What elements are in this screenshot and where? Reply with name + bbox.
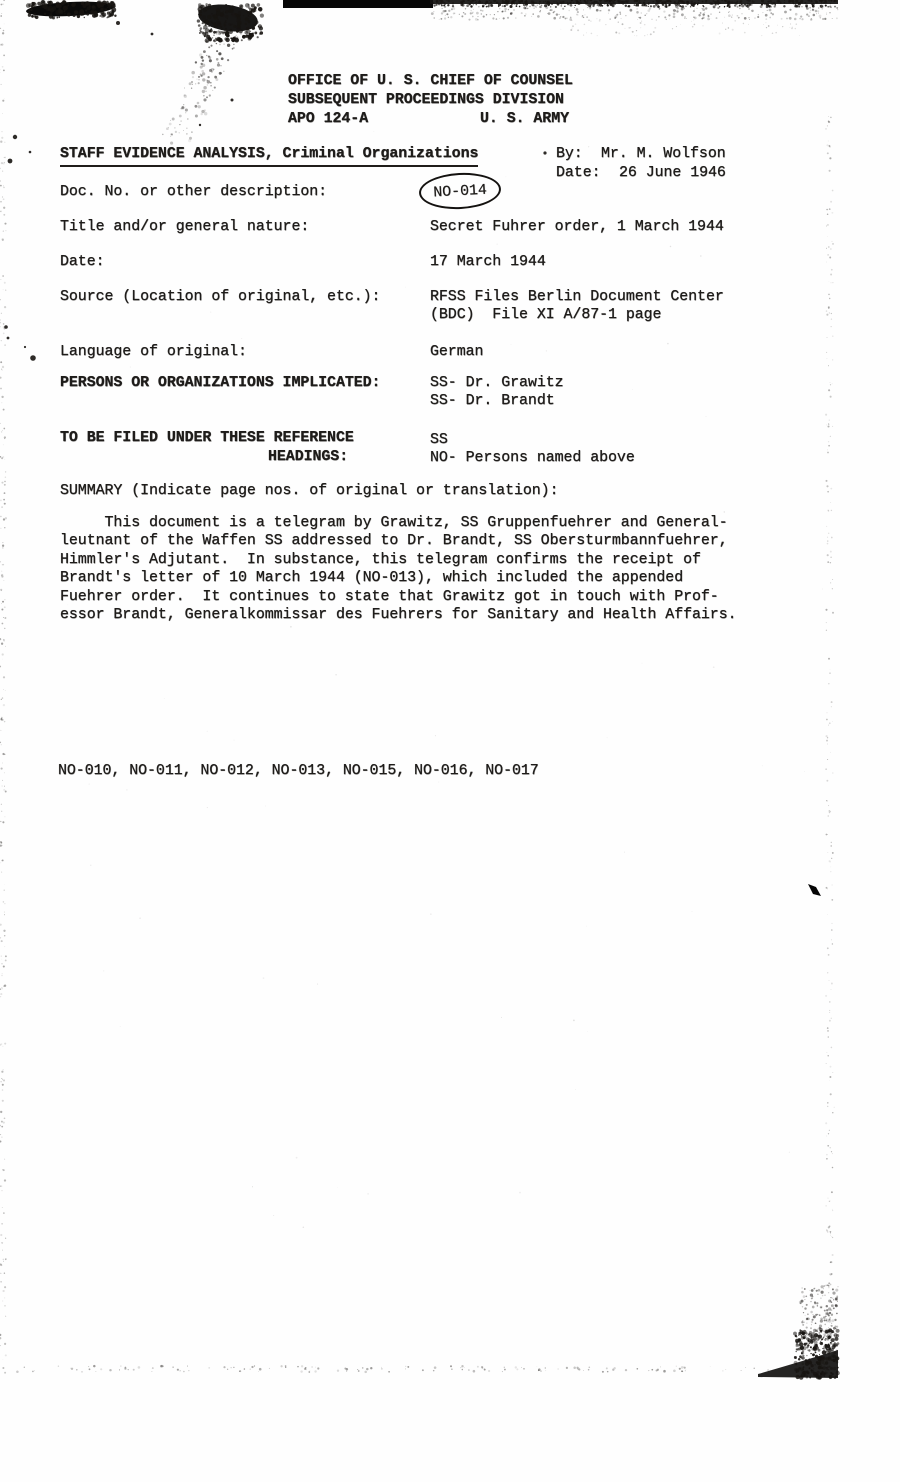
footer-references: NO-010, NO-011, NO-012, NO-013, NO-015, … bbox=[58, 762, 539, 781]
filing-line1: SS bbox=[430, 431, 448, 450]
by-label: By: bbox=[556, 145, 583, 164]
form-title: STAFF EVIDENCE ANALYSIS, Criminal Organi… bbox=[60, 145, 478, 167]
filing-line2: NO- Persons named above bbox=[430, 449, 635, 468]
source-line1: RFSS Files Berlin Document Center bbox=[430, 288, 724, 307]
document-page: OFFICE OF U. S. CHIEF OF COUNSEL SUBSEQU… bbox=[0, 0, 900, 1482]
summary-line: This document is a telegram by Grawitz, … bbox=[60, 514, 728, 533]
date-label: Date: bbox=[556, 164, 601, 183]
doc-date-label: Date: bbox=[60, 253, 105, 272]
letterhead-line1: OFFICE OF U. S. CHIEF OF COUNSEL bbox=[288, 72, 573, 91]
doc-no-label: Doc. No. or other description: bbox=[60, 183, 327, 202]
doc-no-value: NO-014 bbox=[433, 181, 487, 201]
summary-line: Himmler's Adjutant. In substance, this t… bbox=[60, 551, 701, 570]
date-value: 26 June 1946 bbox=[619, 164, 726, 183]
implicated-line2: SS- Dr. Brandt bbox=[430, 392, 555, 411]
summary-heading: SUMMARY (Indicate page nos. of original … bbox=[60, 482, 558, 501]
language-label: Language of original: bbox=[60, 343, 247, 362]
letterhead-apo: APO 124-A bbox=[288, 110, 368, 129]
language-value: German bbox=[430, 343, 483, 362]
filing-label-line2: HEADINGS: bbox=[268, 448, 348, 467]
doc-date-value: 17 March 1944 bbox=[430, 253, 546, 272]
title-label: Title and/or general nature: bbox=[60, 218, 309, 237]
source-line2: (BDC) File XI A/87-1 page bbox=[430, 306, 661, 325]
summary-line: Fuehrer order. It continues to state tha… bbox=[60, 588, 719, 607]
filing-label-line1: TO BE FILED UNDER THESE REFERENCE bbox=[60, 429, 354, 448]
by-value: Mr. M. Wolfson bbox=[601, 145, 726, 164]
implicated-label: PERSONS OR ORGANIZATIONS IMPLICATED: bbox=[60, 374, 380, 393]
letterhead-army: U. S. ARMY bbox=[480, 110, 569, 129]
summary-line: essor Brandt, Generalkommissar des Fuehr… bbox=[60, 606, 737, 625]
letterhead-line2: SUBSEQUENT PROCEEDINGS DIVISION bbox=[288, 91, 564, 110]
source-label: Source (Location of original, etc.): bbox=[60, 288, 380, 307]
summary-line: Brandt's letter of 10 March 1944 (NO-013… bbox=[60, 569, 683, 588]
title-value: Secret Fuhrer order, 1 March 1944 bbox=[430, 218, 724, 237]
summary-line: leutnant of the Waffen SS addressed to D… bbox=[60, 532, 728, 551]
implicated-line1: SS- Dr. Grawitz bbox=[430, 374, 564, 393]
doc-no-circle: NO-014 bbox=[418, 171, 502, 211]
